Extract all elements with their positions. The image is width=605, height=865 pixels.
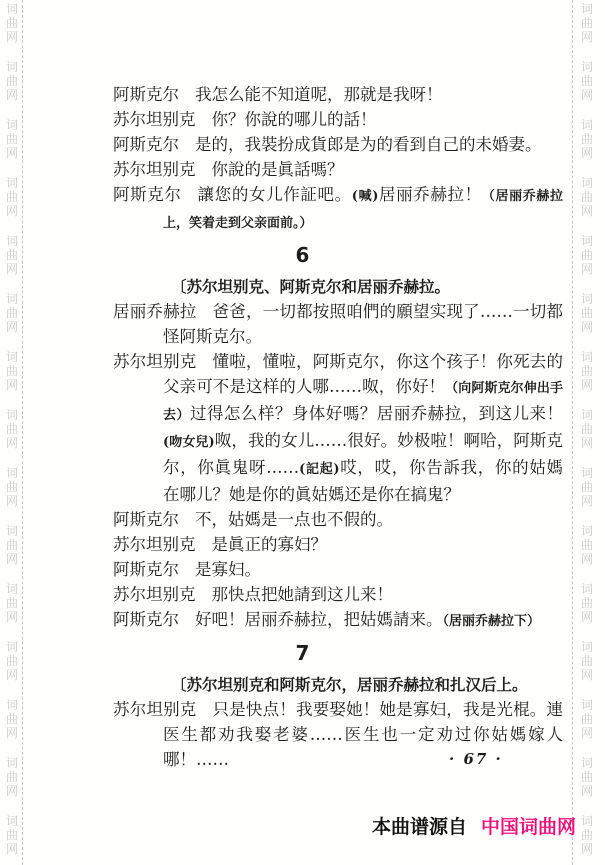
watermark-text: 词曲网 <box>578 466 596 508</box>
dialogue-line: 苏尔坦别克你說的是眞話嗎？ <box>113 157 563 182</box>
speaker-name: 苏尔坦别克 <box>113 352 197 371</box>
scanned-script-page: 词曲网词曲网词曲网词曲网词曲网词曲网词曲网词曲网词曲网词曲网词曲网词曲网词曲网词… <box>0 0 605 865</box>
dialogue-text: 讓您的女儿作証吧。 <box>198 185 352 204</box>
dialogue-text: 是寡妇。 <box>195 560 261 579</box>
watermark-column-right: 词曲网词曲网词曲网词曲网词曲网词曲网词曲网词曲网词曲网词曲网词曲网词曲网词曲网词… <box>578 2 596 865</box>
dialogue-text: 那快点把她請到这儿来！ <box>212 585 394 604</box>
speaker-name: 苏尔坦别克 <box>113 110 196 129</box>
watermark-text: 词曲网 <box>578 698 596 740</box>
scene-number-heading: 7 <box>0 640 605 666</box>
speaker-name: 苏尔坦别克 <box>113 585 196 604</box>
dialogue-text: 〔苏尔坦别克、阿斯克尔和居丽乔赫拉。 <box>171 277 450 296</box>
stage-direction-inline: (吻女兒) <box>163 435 215 450</box>
watermark-column-left: 词曲网词曲网词曲网词曲网词曲网词曲网词曲网词曲网词曲网词曲网词曲网词曲网词曲网词… <box>3 2 21 865</box>
left-dashed-rule <box>22 0 23 865</box>
speaker-name: 阿斯克尔 <box>113 560 179 579</box>
watermark-text: 词曲网 <box>3 176 21 218</box>
speaker-name: 阿斯克尔 <box>113 510 179 529</box>
speaker-name: 阿斯克尔 <box>113 185 182 204</box>
watermark-text: 词曲网 <box>578 814 596 856</box>
watermark-text: 词曲网 <box>578 60 596 102</box>
watermark-text: 词曲网 <box>3 292 21 334</box>
dialogue-line: 苏尔坦别克那快点把她請到这儿来！ <box>113 582 563 607</box>
watermark-text: 词曲网 <box>3 756 21 798</box>
right-dashed-rule <box>572 0 573 865</box>
dialogue-text: 居丽乔赫拉！ <box>378 185 481 204</box>
dialogue-text: 是的，我裝扮成貨郎是为的看到自己的未婚妻。 <box>195 135 542 154</box>
script-text-block: 阿斯克尔我怎么能不知道呢，那就是我呀！苏尔坦别克你？你說的哪儿的話！阿斯克尔是的… <box>113 82 563 772</box>
page-number: · 67 · <box>449 750 503 768</box>
watermark-text: 词曲网 <box>3 814 21 856</box>
watermark-text: 词曲网 <box>3 118 21 160</box>
dialogue-text: 你說的是眞話嗎？ <box>212 160 344 179</box>
dialogue-line: 阿斯克尔是寡妇。 <box>113 557 563 582</box>
watermark-text: 词曲网 <box>578 582 596 624</box>
watermark-text: 词曲网 <box>3 350 21 392</box>
watermark-text: 词曲网 <box>3 60 21 102</box>
scene-number-heading: 6 <box>0 242 605 268</box>
speaker-name: 阿斯克尔 <box>113 610 179 629</box>
dialogue-text: 只是快点！我要娶她！她是寡妇，我是光棍。連医生都劝我娶老婆……医生也一定劝过你姑… <box>163 700 563 769</box>
source-site-name: 中国词曲网 <box>481 816 576 838</box>
watermark-text: 词曲网 <box>578 176 596 218</box>
speaker-name: 苏尔坦别克 <box>113 535 196 554</box>
speaker-name: 阿斯克尔 <box>113 135 179 154</box>
watermark-text: 词曲网 <box>578 524 596 566</box>
dialogue-line: 阿斯克尔不，姑媽是一点也不假的。 <box>113 507 563 532</box>
watermark-text: 词曲网 <box>578 756 596 798</box>
watermark-text: 词曲网 <box>3 466 21 508</box>
dialogue-text: 是眞正的寡妇？ <box>212 535 328 554</box>
speaker-name: 居丽乔赫拉 <box>113 302 197 321</box>
dialogue-line: 阿斯克尔讓您的女儿作証吧。(喊)居丽乔赫拉！（居丽乔赫拉 上，笑着走到父亲面前。… <box>113 182 563 236</box>
watermark-text: 词曲网 <box>3 582 21 624</box>
watermark-text: 词曲网 <box>3 408 21 450</box>
watermark-text: 词曲网 <box>3 524 21 566</box>
dialogue-line: 阿斯克尔我怎么能不知道呢，那就是我呀！ <box>113 82 563 107</box>
dialogue-line: 苏尔坦别克你？你說的哪儿的話！ <box>113 107 563 132</box>
speaker-name: 苏尔坦别克 <box>113 160 196 179</box>
stage-direction-inline: （居丽乔赫拉下） <box>443 614 541 629</box>
speaker-name: 阿斯克尔 <box>113 85 179 104</box>
dialogue-text: 我怎么能不知道呢，那就是我呀！ <box>195 85 443 104</box>
dialogue-line: 苏尔坦别克是眞正的寡妇？ <box>113 532 563 557</box>
dialogue-text: 〔苏尔坦别克和阿斯克尔，居丽乔赫拉和扎汉后上。 <box>171 675 528 694</box>
dialogue-text: 好吧！居丽乔赫拉，把姑媽請来。 <box>195 610 443 629</box>
source-attribution: 本曲谱源自中国词曲网 <box>372 812 576 839</box>
dialogue-line: 阿斯克尔是的，我裝扮成貨郎是为的看到自己的未婚妻。 <box>113 132 563 157</box>
dialogue-line: 苏尔坦别克懂啦，懂啦，阿斯克尔，你这个孩子！你死去的父亲可不是这样的人哪……呶，… <box>113 349 563 507</box>
dialogue-text: 爸爸，一切都按照咱們的願望实现了……一切都怪阿斯克尔。 <box>163 302 563 346</box>
dialogue-text: 不，姑媽是一点也不假的。 <box>195 510 393 529</box>
source-prefix: 本曲谱源自 <box>372 816 467 838</box>
watermark-text: 词曲网 <box>578 292 596 334</box>
dialogue-line: 阿斯克尔好吧！居丽乔赫拉，把姑媽請来。（居丽乔赫拉下） <box>113 607 563 634</box>
stage-direction-line: 〔苏尔坦别克和阿斯克尔，居丽乔赫拉和扎汉后上。 <box>171 672 563 697</box>
dialogue-line: 居丽乔赫拉爸爸，一切都按照咱們的願望实现了……一切都怪阿斯克尔。 <box>113 299 563 349</box>
watermark-text: 词曲网 <box>578 118 596 160</box>
dialogue-text: 过得怎么样？身体好嗎？居丽乔赫拉，到这儿来！ <box>190 404 563 423</box>
watermark-text: 词曲网 <box>578 2 596 44</box>
stage-direction-line: 〔苏尔坦别克、阿斯克尔和居丽乔赫拉。 <box>171 274 563 299</box>
stage-direction-inline: (記起) <box>299 462 339 477</box>
stage-direction-inline: (喊) <box>352 189 379 204</box>
watermark-text: 词曲网 <box>578 350 596 392</box>
watermark-text: 词曲网 <box>578 408 596 450</box>
watermark-text: 词曲网 <box>3 2 21 44</box>
speaker-name: 苏尔坦别克 <box>113 700 197 719</box>
dialogue-text: 你？你說的哪儿的話！ <box>212 110 377 129</box>
watermark-text: 词曲网 <box>3 698 21 740</box>
